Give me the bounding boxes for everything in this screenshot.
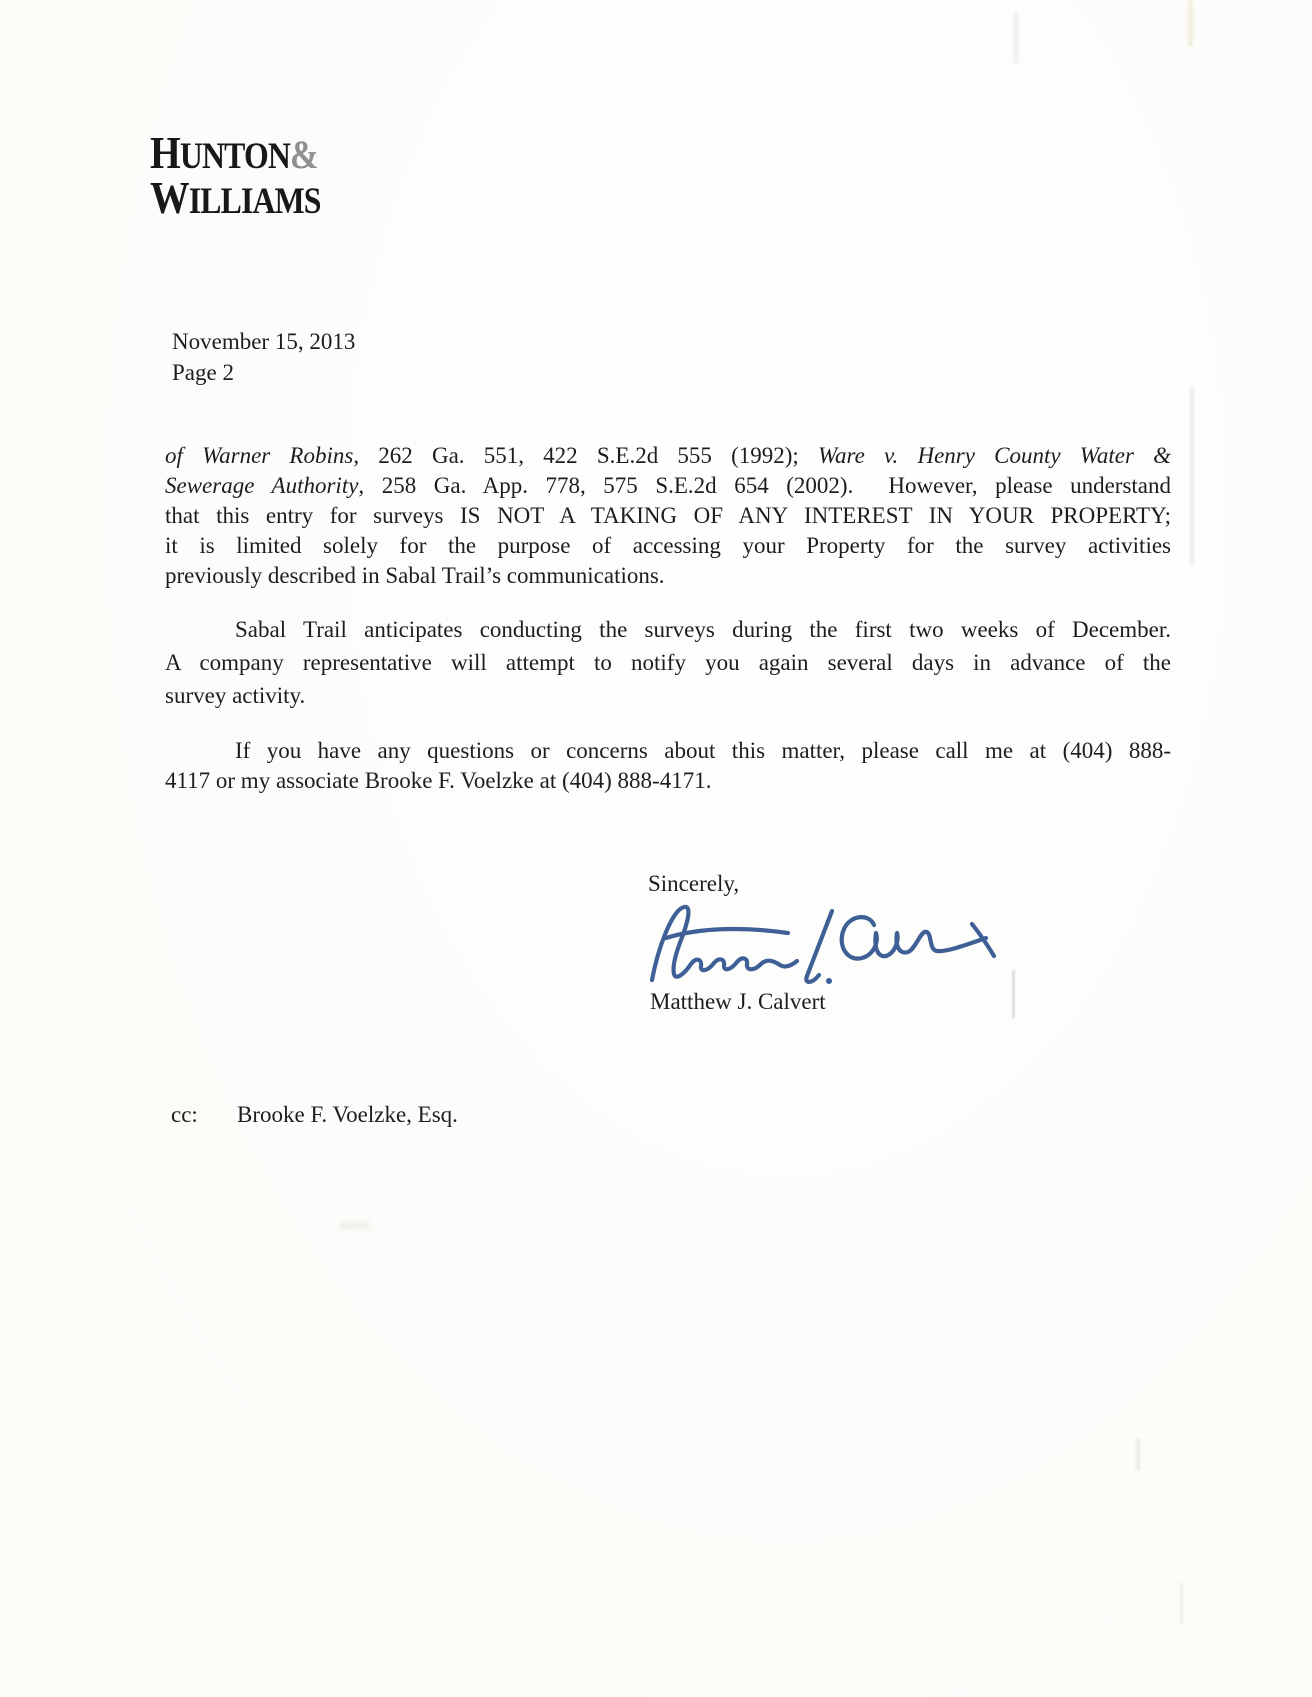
case-name-italic: of Warner Robins [165,443,353,468]
signatory-name: Matthew J. Calvert [650,989,826,1015]
body-line: survey activity. [165,679,1171,712]
citation-text: , 258 Ga. App. 778, 575 S.E.2d 654 (2002… [358,473,1171,498]
body-line: Sewerage Authority, 258 Ga. App. 778, 57… [165,471,1171,501]
logo-line-2: WILLIAMS [150,181,321,226]
closing-salutation: Sincerely, [648,871,739,897]
scan-artifact [340,1222,370,1230]
paragraph-survey-timing: Sabal Trail anticipates conducting the s… [165,613,1171,712]
scan-artifact [1014,12,1018,64]
letter-header: November 15, 2013 Page 2 [172,326,355,388]
logo-letter-w: W [150,172,189,223]
letter-page: HUNTON& WILLIAMS November 15, 2013 Page … [0,0,1312,1697]
logo-word-illiams: ILLIAMS [189,181,321,222]
body-line: it is limited solely for the purpose of … [165,531,1171,561]
citation-text: , 262 Ga. 551, 422 S.E.2d 555 (1992); [353,443,818,468]
cc-recipient: Brooke F. Voelzke, Esq. [237,1102,458,1127]
body-line: Sabal Trail anticipates conducting the s… [165,613,1171,646]
signature-stroke-last-name [842,917,986,958]
paragraph-contact: If you have any questions or concerns ab… [165,736,1171,796]
logo-ampersand: & [290,132,318,177]
body-line: that this entry for surveys IS NOT A TAK… [165,501,1171,531]
signature-image [636,898,1016,998]
cc-line: cc:Brooke F. Voelzke, Esq. [171,1102,458,1128]
paragraph-citations: of Warner Robins, 262 Ga. 551, 422 S.E.2… [165,441,1171,591]
logo-word-unton: UNTON [180,136,290,177]
cc-label: cc: [171,1102,237,1128]
body-line: A company representative will attempt to… [165,646,1171,679]
scan-artifact [1180,1582,1183,1624]
body-line: previously described in Sabal Trail’s co… [165,561,1171,591]
signature-period-dot [826,978,832,984]
scan-artifact [1136,1438,1140,1470]
body-line: 4117 or my associate Brooke F. Voelzke a… [165,766,1171,796]
signature-stroke-middle-initial [806,911,832,982]
hunton-williams-logo: HUNTON& WILLIAMS [150,136,321,226]
body-line: of Warner Robins, 262 Ga. 551, 422 S.E.2… [165,441,1171,471]
logo-letter-h: H [150,127,180,178]
letter-date: November 15, 2013 [172,326,355,357]
signature-stroke-first-name [652,907,797,980]
scan-artifact [1190,387,1194,565]
case-name-italic: Sewerage Authority [165,473,358,498]
body-line: If you have any questions or concerns ab… [165,736,1171,766]
scan-artifact [1188,0,1193,46]
case-name-italic: Ware v. Henry County Water & [818,443,1171,468]
page-number: Page 2 [172,357,355,388]
